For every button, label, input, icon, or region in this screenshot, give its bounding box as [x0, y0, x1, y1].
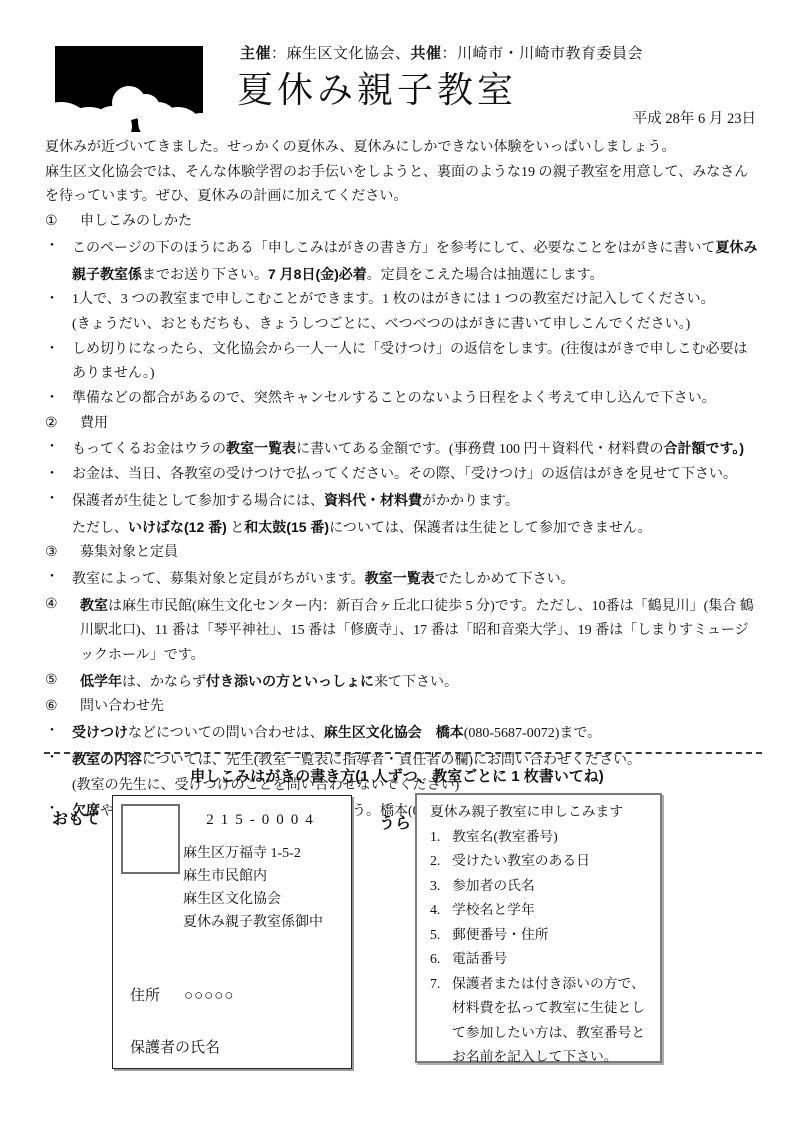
- text-line: (きょうだい、おともだちも、きょうしつごとに、べつべつのはがきに書いて申しこんで…: [72, 313, 761, 338]
- postcard-back-item: 6.電話番号: [430, 947, 653, 972]
- item-number: 1.: [430, 825, 452, 850]
- list-item: ・お金は、当日、各教室の受けつけで払ってください。その際、「受けつけ」の返信はが…: [45, 463, 761, 488]
- text-line: 問い合わせ先: [80, 695, 761, 720]
- item-number: ②: [45, 412, 80, 437]
- paragraph: 夏休みが近づいてきました。せっかくの夏休み、夏休みにしかできない体験をいっぱいし…: [45, 136, 761, 161]
- list-item: ・このページの下のほうにある「申しこみはがきの書き方」を参考にして、必要なことを…: [45, 235, 761, 288]
- organizer-line: 主催：麻生区文化協会、共催：川崎市・川崎市教育委員会: [240, 42, 643, 63]
- text-line: もってくるお金はウラの教室一覧表に書いてある金額です。(事務費 100 円＋資料…: [72, 436, 761, 463]
- text-line: 募集対象と定員: [80, 541, 761, 566]
- postcard-back-item: 1.教室名(教室番号): [430, 825, 653, 850]
- bullet-marker: ・: [45, 463, 72, 488]
- item-number: 7.: [430, 972, 452, 997]
- postcard-back-item: 7.保護者または付き添いの方で、材料費を払って教室に生徒として参加したい方は、教…: [430, 972, 653, 1070]
- numbered-item: ①申しこみのしかた: [45, 210, 761, 235]
- postcard-back-title: 夏休み親子教室に申しこみます: [430, 800, 653, 825]
- text-line: ただし、いけばな(12 番) と和太鼓(15 番)については、保護者は生徒として…: [72, 515, 761, 542]
- bullet-marker: ・: [45, 436, 72, 461]
- bullet-marker: ・: [45, 235, 72, 260]
- text-line: 費用: [80, 412, 761, 437]
- item-text: 保護者または付き添いの方で、材料費を払って教室に生徒として参加したい方は、教室番…: [452, 972, 653, 1070]
- text-line: 1人で、3 つの教室まで申しこむことができます。1 枚のはがきには 1 つの教室…: [72, 288, 761, 313]
- numbered-item: ④教室は麻生市民館(麻生文化センター内：新百合ヶ丘北口徒歩 5 分)です。ただし…: [45, 593, 761, 669]
- item-number: ⑥: [45, 695, 80, 720]
- text-line: 教室は麻生市民館(麻生文化センター内：新百合ヶ丘北口徒歩 5 分)です。ただし、…: [80, 593, 761, 669]
- bullet-marker: ・: [45, 488, 72, 513]
- item-text: 参加者の氏名: [452, 874, 653, 899]
- body-text: 夏休みが近づいてきました。せっかくの夏休み、夏休みにしかできない体験をいっぱいし…: [45, 136, 761, 825]
- list-item: ・準備などの都合があるので、突然キャンセルすることのないよう日程をよく考えて申し…: [45, 387, 761, 412]
- numbered-item: ⑥問い合わせ先: [45, 695, 761, 720]
- postcard-heading: 申しこみはがきの書き方(1 人ずつ、教室ごとに 1 枚書いてね): [0, 765, 794, 786]
- list-item: ・もってくるお金はウラの教室一覧表に書いてある金額です。(事務費 100 円＋資…: [45, 436, 761, 463]
- item-number: 5.: [430, 923, 452, 948]
- numbered-item: ②費用: [45, 412, 761, 437]
- sender-address-label: 住所: [130, 988, 160, 1004]
- document-date: 平成 28年 6 月 23日: [633, 107, 756, 128]
- postal-code: 215-0004: [179, 812, 347, 829]
- numbered-item: ③募集対象と定員: [45, 541, 761, 566]
- bullet-marker: ・: [45, 566, 72, 591]
- item-text: 受けたい教室のある日: [452, 849, 653, 874]
- back-side-label: うら: [379, 810, 411, 833]
- sender-address-row: 住所○○○○○: [130, 984, 234, 1005]
- item-number: ①: [45, 210, 80, 235]
- item-text: 教室名(教室番号): [452, 825, 653, 850]
- front-side-label: おもて: [52, 806, 100, 829]
- text-line: 受けつけなどについての問い合わせは、麻生区文化協会 橋本(080-5687-00…: [72, 720, 761, 747]
- guardian-name-label: 保護者の氏名: [130, 1036, 220, 1057]
- postcard-back: 夏休み親子教室に申しこみます 1.教室名(教室番号)2.受けたい教室のある日3.…: [415, 793, 662, 1063]
- numbered-item: ⑤低学年は、かならず付き添いの方といっしょに来て下さい。: [45, 669, 761, 696]
- text-line: 低学年は、かならず付き添いの方といっしょに来て下さい。: [80, 669, 761, 696]
- text-line: 麻生区文化協会では、そんな体験学習のお手伝いをしようと、裏面のような19 の親子…: [45, 161, 761, 210]
- item-text: 電話番号: [452, 947, 653, 972]
- summer-clouds-icon: [55, 46, 203, 132]
- text-line: このページの下のほうにある「申しこみはがきの書き方」を参考にして、必要なことをは…: [72, 235, 761, 288]
- item-number: 4.: [430, 898, 452, 923]
- text-line: 準備などの都合があるので、突然キャンセルすることのないよう日程をよく考えて申し込…: [72, 387, 761, 412]
- postcard-back-item: 2.受けたい教室のある日: [430, 849, 653, 874]
- bullet-marker: ・: [45, 288, 72, 313]
- destination-address: 麻生区万福寺 1-5-2麻生市民館内麻生区文化協会夏休み親子教室係御中: [183, 842, 323, 934]
- list-item: ・1人で、3 つの教室まで申しこむことができます。1 枚のはがきには 1 つの教…: [45, 288, 761, 337]
- document-page: 主催：麻生区文化協会、共催：川崎市・川崎市教育委員会 夏休み親子教室 平成 28…: [0, 0, 794, 1123]
- stamp-box: [121, 804, 180, 874]
- list-item: ・保護者が生徒として参加する場合には、資料代・材料費がかかります。ただし、いけば…: [45, 488, 761, 541]
- postcard-back-item: 5.郵便番号・住所: [430, 923, 653, 948]
- list-item: ・受けつけなどについての問い合わせは、麻生区文化協会 橋本(080-5687-0…: [45, 720, 761, 747]
- text-line: 夏休みが近づいてきました。せっかくの夏休み、夏休みにしかできない体験をいっぱいし…: [45, 136, 761, 161]
- address-line: 麻生市民館内: [183, 865, 323, 888]
- text-line: 教室によって、募集対象と定員がちがいます。教室一覧表でたしかめて下さい。: [72, 566, 761, 593]
- address-line: 麻生区万福寺 1-5-2: [183, 842, 323, 865]
- paragraph: 麻生区文化協会では、そんな体験学習のお手伝いをしようと、裏面のような19 の親子…: [45, 161, 761, 210]
- item-number: ⑤: [45, 669, 80, 694]
- postcard-front: 215-0004 麻生区万福寺 1-5-2麻生市民館内麻生区文化協会夏休み親子教…: [112, 795, 352, 1069]
- text-line: しめ切りになったら、文化協会から一人一人に「受けつけ」の返信をします。(往復はが…: [72, 338, 761, 387]
- postcard-back-item: 3.参加者の氏名: [430, 874, 653, 899]
- item-number: 3.: [430, 874, 452, 899]
- text-line: 申しこみのしかた: [80, 210, 761, 235]
- address-line: 夏休み親子教室係御中: [183, 911, 323, 934]
- bullet-marker: ・: [45, 338, 72, 363]
- text-line: 保護者が生徒として参加する場合には、資料代・材料費がかかります。: [72, 488, 761, 515]
- list-item: ・しめ切りになったら、文化協会から一人一人に「受けつけ」の返信をします。(往復は…: [45, 338, 761, 387]
- postcard-back-item: 4.学校名と学年: [430, 898, 653, 923]
- item-number: 6.: [430, 947, 452, 972]
- dashed-divider: [44, 752, 762, 754]
- item-number: ③: [45, 541, 80, 566]
- page-title: 夏休み親子教室: [237, 62, 517, 113]
- text-line: お金は、当日、各教室の受けつけで払ってください。その際、「受けつけ」の返信はがき…: [72, 463, 761, 488]
- bullet-marker: ・: [45, 720, 72, 745]
- sender-address-placeholder: ○○○○○: [184, 988, 234, 1004]
- item-text: 郵便番号・住所: [452, 923, 653, 948]
- item-text: 学校名と学年: [452, 898, 653, 923]
- list-item: ・教室によって、募集対象と定員がちがいます。教室一覧表でたしかめて下さい。: [45, 566, 761, 593]
- address-line: 麻生区文化協会: [183, 888, 323, 911]
- item-number: ④: [45, 593, 80, 618]
- item-number: 2.: [430, 849, 452, 874]
- bullet-marker: ・: [45, 387, 72, 412]
